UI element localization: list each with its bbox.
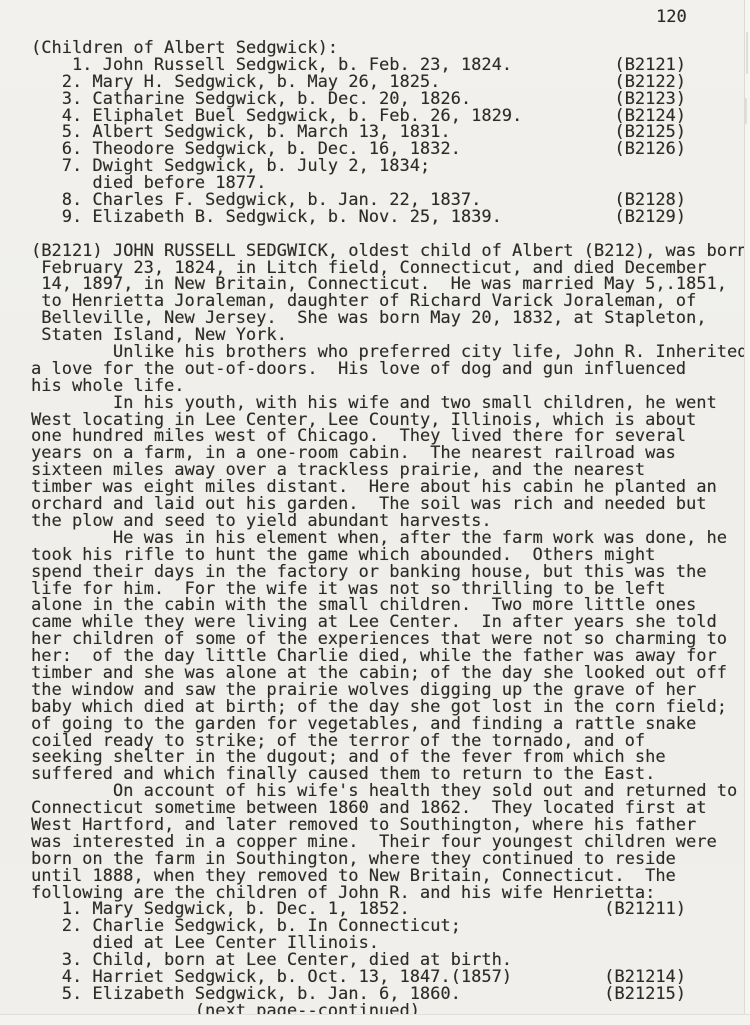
text-line: 9. Elizabeth B. Sedgwick, b. Nov. 25, 18… [31, 209, 750, 226]
text-line: of going to the garden for vegetables, a… [31, 716, 750, 733]
document-body: (Children of Albert Sedgwick): 1. John R… [31, 40, 750, 1020]
scan-edge-right [744, 0, 750, 1025]
page-number: 120 [656, 7, 687, 27]
scan-smudge [746, 32, 748, 74]
paragraph-frontier-life: He was in his element when, after the fa… [31, 530, 750, 783]
children-of-john-list: 1. Mary Sedgwick, b. Dec. 1, 1852. (B212… [31, 901, 750, 1019]
paragraph-outdoors: Unlike his brothers who preferred city l… [31, 344, 750, 395]
children-of-albert-list: (Children of Albert Sedgwick): 1. John R… [31, 40, 750, 226]
scan-edge-bottom [0, 1014, 750, 1025]
scanned-page: 120 (Children of Albert Sedgwick): 1. Jo… [0, 0, 750, 1025]
b2121-biography-paragraph: (B2121) JOHN RUSSELL SEDGWICK, oldest ch… [31, 243, 750, 344]
text-line: until 1888, when they removed to New Bri… [31, 868, 750, 885]
text-line: spend their days in the factory or banki… [31, 564, 750, 581]
paragraph-return-east: On account of his wife's health they sol… [31, 783, 750, 901]
scan-smudge [745, 98, 747, 124]
paragraph-move-west: In his youth, with his wife and two smal… [31, 395, 750, 530]
